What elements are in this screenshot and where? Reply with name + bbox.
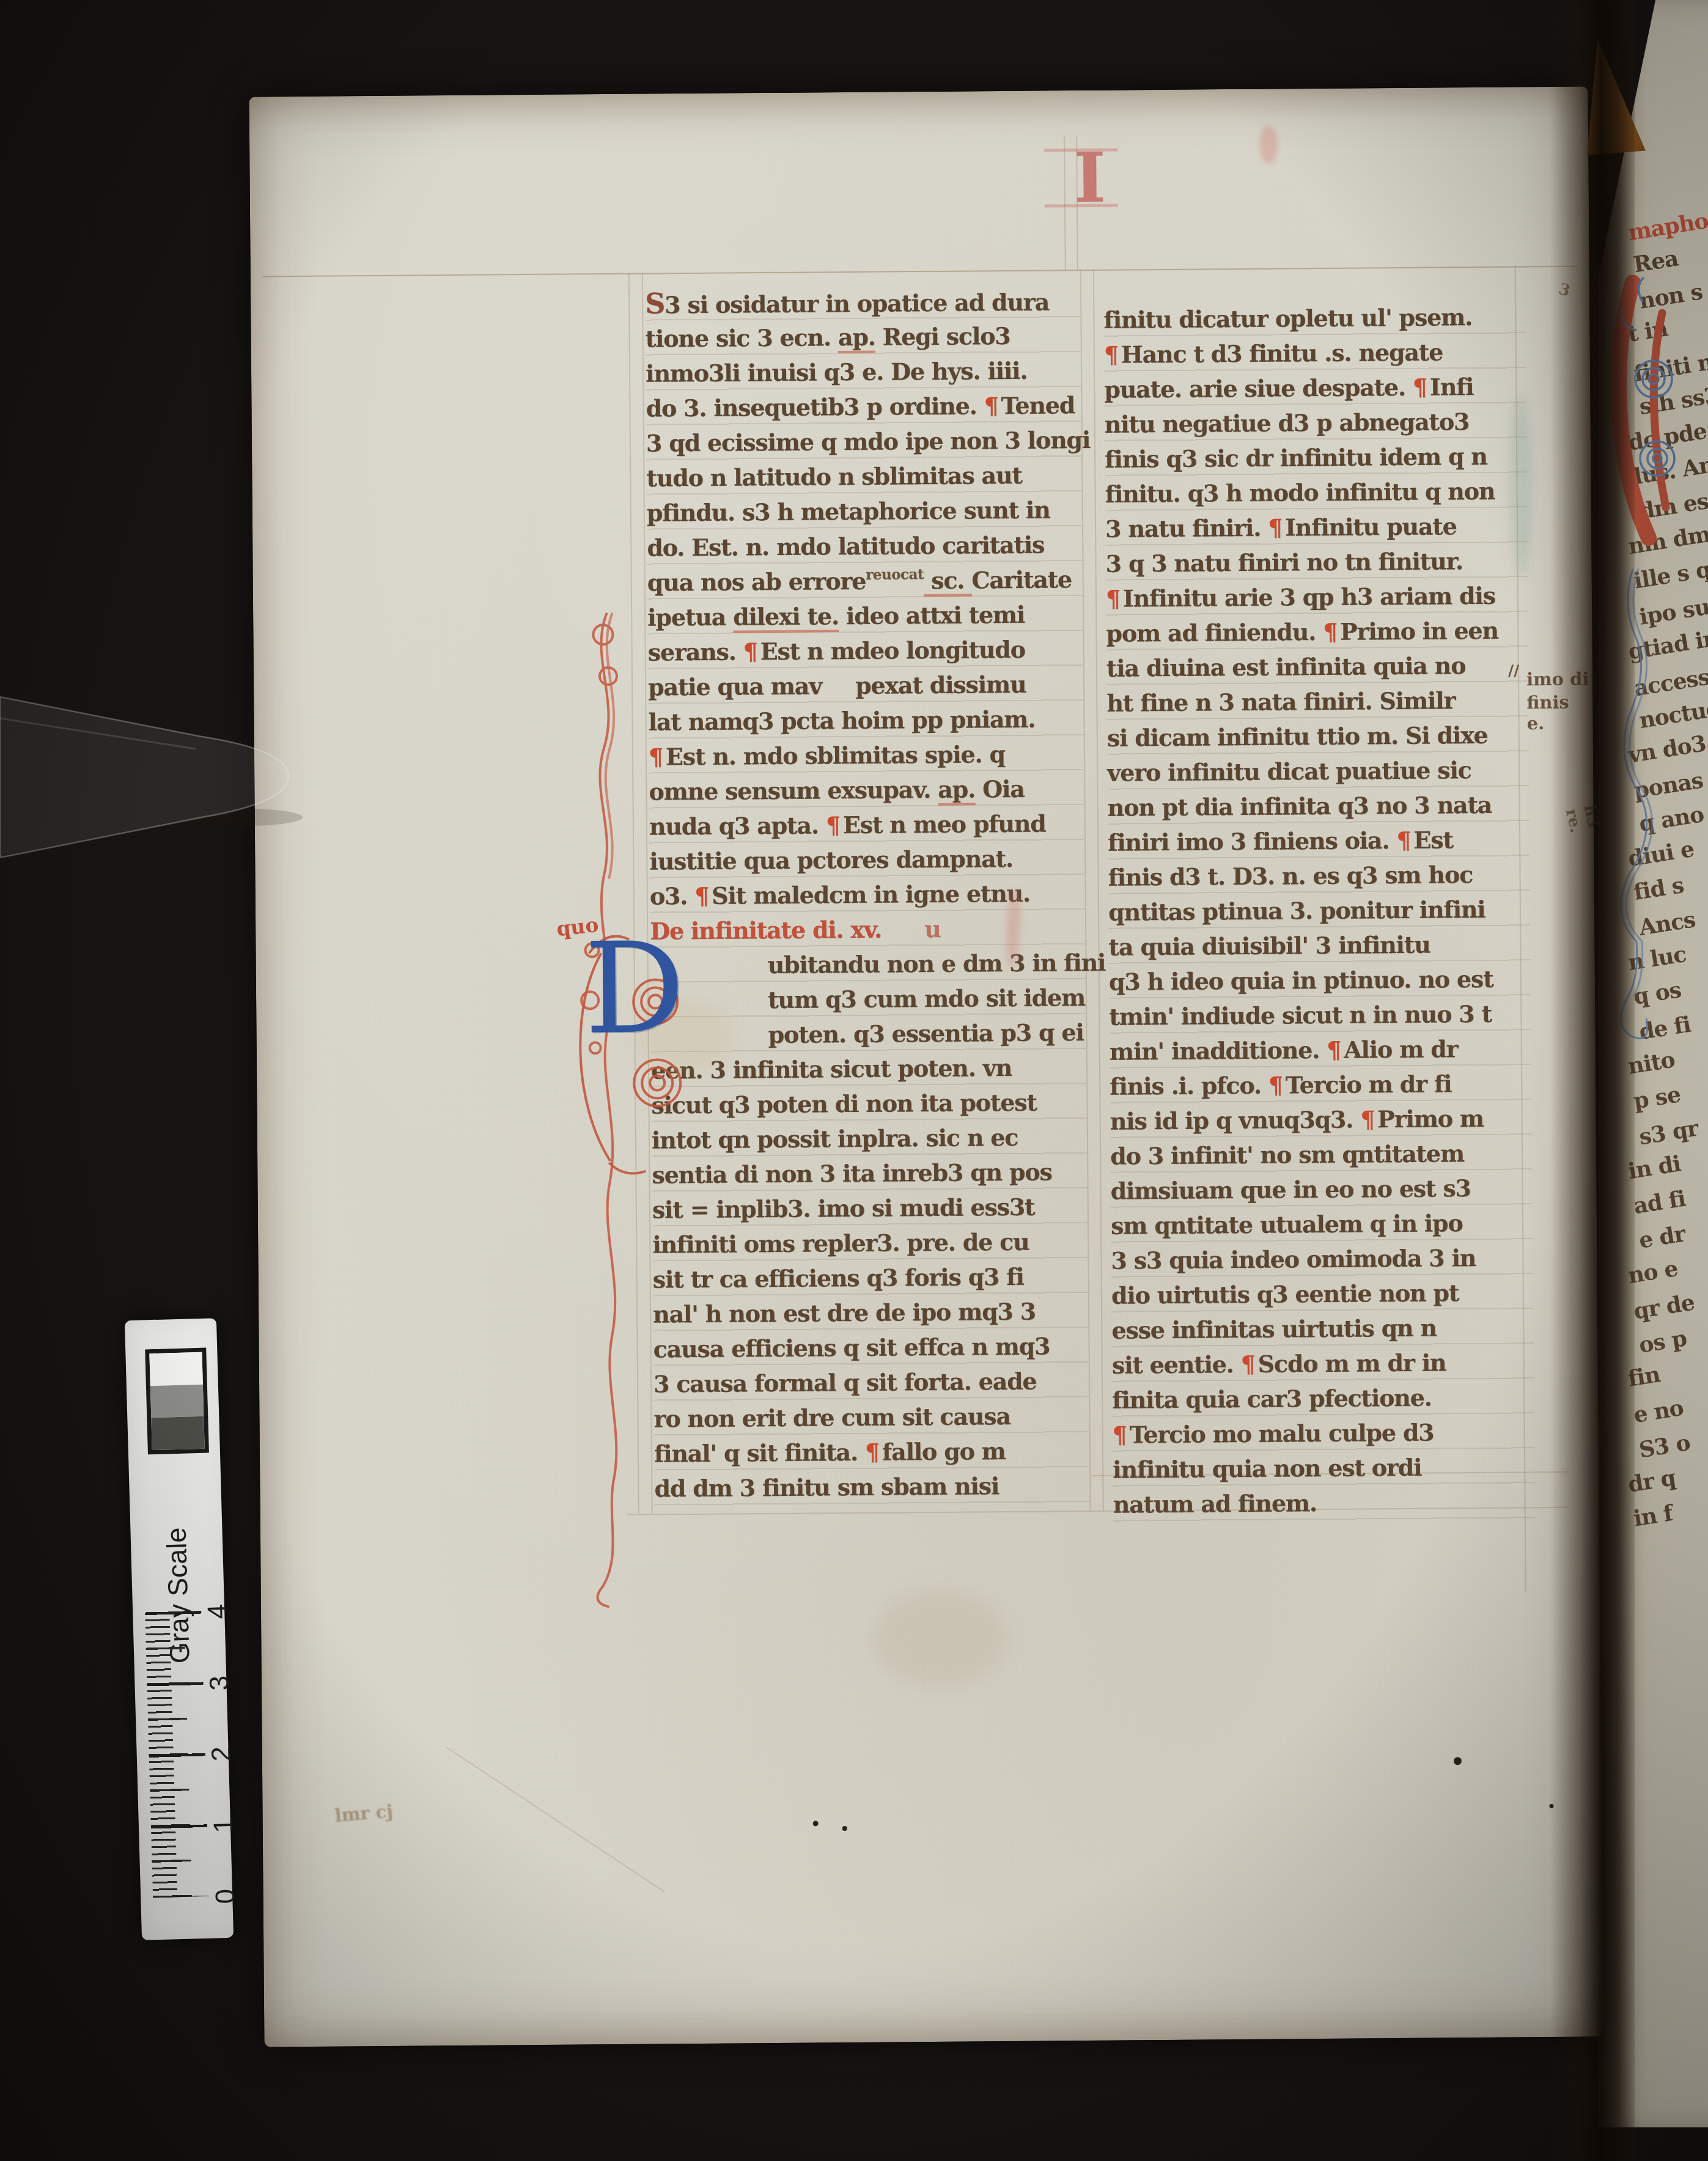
gutter-shadow bbox=[1550, 0, 1635, 2161]
text-line: finitu dicatur opletu ul' psem. bbox=[1103, 299, 1525, 337]
red-guide-stroke bbox=[1045, 204, 1118, 207]
edge-text-fragment: s3 qr bbox=[1637, 1116, 1699, 1150]
text-line: ¶Est n. mdo sblimitas spie. q bbox=[649, 736, 1084, 775]
text-line: finis d3 t. D3. n. es q3 sm hoc bbox=[1108, 856, 1529, 894]
ruler-number: 2 bbox=[206, 1740, 234, 1768]
edge-text-fragment: qr de bbox=[1632, 1289, 1696, 1324]
text-line: tia diuina est infinita quia no bbox=[1106, 647, 1528, 685]
ruler-number: 1 bbox=[208, 1811, 235, 1839]
text-line: nal' h non est dre de ipo mq3 3 bbox=[653, 1294, 1088, 1332]
text-line: omne sensum exsupav. ap. Oia bbox=[649, 771, 1084, 809]
text-line: si dicam infinitu ttio m. Si dixe bbox=[1107, 717, 1529, 755]
illuminated-initial: D bbox=[584, 932, 685, 1046]
text-line: natum ad finem. bbox=[1113, 1484, 1534, 1522]
gray-scale-ruler: 43210 bbox=[145, 1610, 226, 1905]
red-guide-stroke bbox=[1044, 148, 1117, 152]
text-line: inmo3li inuisi q3 e. De hys. iiii. bbox=[646, 353, 1081, 391]
ruling-line bbox=[1064, 136, 1066, 270]
text-line: ro non erit dre cum sit causa bbox=[653, 1398, 1089, 1437]
page-holder-strip bbox=[0, 663, 306, 871]
ink-spot bbox=[1454, 1757, 1462, 1765]
text-line: S3 si osidatur in opatice ad dura bbox=[645, 283, 1080, 322]
text-line: esse infinitas uirtutis qn n bbox=[1111, 1309, 1533, 1347]
manuscript-photo: maphoReanon st infiniti nulsih ss3do pde… bbox=[0, 0, 1708, 2161]
text-line: patie qua mavpexat dissimu bbox=[648, 666, 1083, 705]
text-line: tmin' indiude sicut n in nuo 3 t bbox=[1109, 996, 1531, 1034]
left-column: S3 si osidatur in opatice ad duratione s… bbox=[645, 283, 1090, 1506]
text-line: lat namq3 pcta hoim pp pniam. bbox=[648, 701, 1083, 740]
text-line: sit = inplib3. imo si mudi ess3t bbox=[652, 1189, 1088, 1228]
edge-text-fragment: in di bbox=[1626, 1151, 1682, 1185]
text-line: finis .i. pfco. ¶Tercio m dr fi bbox=[1110, 1066, 1531, 1103]
text-line: do. Est. n. mdo latitudo caritatis bbox=[647, 527, 1082, 565]
text-line: nitu negatiue d3 p abnegato3 bbox=[1105, 403, 1526, 441]
ruling-line bbox=[1093, 270, 1104, 1511]
text-line: ipetua dilexi te. ideo attxi temi bbox=[647, 597, 1083, 635]
pinhole bbox=[813, 1820, 819, 1826]
text-line: pfindu. s3 h metaphorice sunt in bbox=[647, 492, 1082, 531]
text-line: ¶Infinitu arie 3 qp h3 ariam dis bbox=[1106, 578, 1528, 616]
text-line: iustitie qua pctores dampnat. bbox=[649, 841, 1084, 879]
text-line: sit eentie. ¶Scdo m m dr in bbox=[1112, 1344, 1534, 1382]
insertion-mark: // bbox=[1508, 660, 1520, 681]
text-line: infinitu quia non est ordi bbox=[1113, 1449, 1534, 1487]
text-line: ht fine n 3 nata finiri. Similr bbox=[1106, 682, 1528, 720]
text-line: qntitas ptinua 3. ponitur infini bbox=[1108, 891, 1530, 929]
text-line: ¶Hanc t d3 finitu .s. negate bbox=[1104, 334, 1526, 372]
ruler-number: 3 bbox=[204, 1669, 232, 1696]
edge-text-fragment: in f bbox=[1632, 1500, 1674, 1531]
text-line: dd dm 3 finitu sm sbam nisi bbox=[654, 1468, 1089, 1506]
pinhole bbox=[842, 1826, 847, 1831]
text-line: tudo n latitudo n sblimitas aut bbox=[646, 457, 1081, 496]
text-line: non pt dia infinita q3 no 3 nata bbox=[1107, 787, 1529, 825]
text-line: 3 qd ecissime q mdo ipe non 3 longi bbox=[646, 422, 1081, 461]
text-line: min' inadditione. ¶Alio m dr bbox=[1110, 1031, 1531, 1069]
text-line: qua nos ab errorereuocat sc. Caritate bbox=[647, 562, 1083, 600]
text-line: dio uirtutis q3 eentie non pt bbox=[1111, 1275, 1533, 1312]
faint-inscription: lmr cj bbox=[334, 1801, 394, 1826]
pink-stain bbox=[1259, 125, 1278, 163]
edge-text-fragment: e dr bbox=[1637, 1221, 1687, 1253]
right-column: finitu dicatur opletu ul' psem.¶Hanc t d… bbox=[1103, 299, 1535, 1522]
text-line: finitu. q3 h modo infinitu q non bbox=[1105, 473, 1526, 511]
ruling-line bbox=[263, 266, 1577, 278]
text-line: 3 causa formal q sit forta. eade bbox=[653, 1363, 1089, 1402]
text-line: do 3. insequetib3 p ordine. ¶Tened bbox=[646, 388, 1081, 426]
ruler-number: 4 bbox=[202, 1598, 230, 1625]
text-line: finis q3 sic dr infinitu idem q n bbox=[1105, 438, 1526, 476]
edge-text-fragment: mapho bbox=[1627, 208, 1708, 246]
ruler-number: 0 bbox=[210, 1883, 238, 1910]
text-line: do 3 infinit' no sm qntitatem bbox=[1110, 1135, 1532, 1173]
edge-text-fragment: S3 o bbox=[1637, 1430, 1691, 1463]
edge-text-fragment: ad fi bbox=[1632, 1186, 1687, 1220]
gray-patch bbox=[149, 1352, 202, 1386]
text-line: finiri imo 3 finiens oia. ¶Est bbox=[1108, 822, 1529, 860]
edge-text-fragment: e no bbox=[1632, 1395, 1685, 1428]
text-line: final' q sit finita. ¶fallo go m bbox=[654, 1433, 1089, 1471]
crease-line bbox=[445, 1746, 664, 1892]
text-line: sm qntitate utualem q in ipo bbox=[1111, 1205, 1533, 1243]
text-line: 3 s3 quia indeo omimoda 3 in bbox=[1111, 1240, 1533, 1278]
text-line: nuda q3 apta. ¶Est n meo pfund bbox=[649, 806, 1084, 844]
gray-patch bbox=[150, 1384, 204, 1418]
text-line: tione sic 3 ecn. ap. Regi sclo3 bbox=[645, 318, 1080, 356]
text-line: infiniti oms repler3. pre. de cu bbox=[652, 1224, 1088, 1262]
text-line: nis id ip q vnuq3q3. ¶Primo m bbox=[1110, 1100, 1531, 1138]
edge-text-fragment: os p bbox=[1637, 1325, 1688, 1358]
text-line: o3. ¶Sit maledcm in igne etnu. bbox=[650, 875, 1085, 914]
text-line: dimsiuam que in eo no est s3 bbox=[1110, 1170, 1532, 1208]
text-line: 3 natu finiri. ¶Infinitu puate bbox=[1105, 508, 1527, 546]
text-line: finita quia car3 pfectione. bbox=[1112, 1379, 1534, 1417]
text-line: q3 h ideo quia in ptinuo. no est bbox=[1109, 961, 1531, 999]
ruler-cm-ticks bbox=[145, 1611, 209, 1898]
text-line: vero infinitu dicat puatiue sic bbox=[1107, 752, 1529, 790]
text-line: sit tr ca efficiens q3 foris q3 fi bbox=[652, 1259, 1088, 1297]
manuscript-page: I S3 si osidatur in opatice ad duratione… bbox=[249, 86, 1603, 2047]
text-line: puate. arie siue despate. ¶Infi bbox=[1104, 369, 1526, 407]
text-line: ¶Tercio mo malu culpe d3 bbox=[1113, 1414, 1534, 1452]
text-line: 3 q 3 natu finiri no tn finitur. bbox=[1105, 543, 1527, 581]
vellum-stain bbox=[872, 1589, 1007, 1688]
text-line: causa efficiens q sit effca n mq3 bbox=[653, 1328, 1088, 1367]
gray-patch bbox=[151, 1416, 204, 1450]
gray-patches bbox=[145, 1348, 209, 1455]
text-line: pom ad finiendu. ¶Primo in een bbox=[1106, 613, 1528, 650]
text-line: serans. ¶Est n mdeo longitudo bbox=[647, 631, 1083, 670]
gray-scale-card: Gray Scale 43210 bbox=[125, 1318, 234, 1940]
text-line: ta quia diuisibil' 3 infinitu bbox=[1108, 926, 1530, 964]
edge-text-fragment: Rea bbox=[1632, 246, 1680, 278]
